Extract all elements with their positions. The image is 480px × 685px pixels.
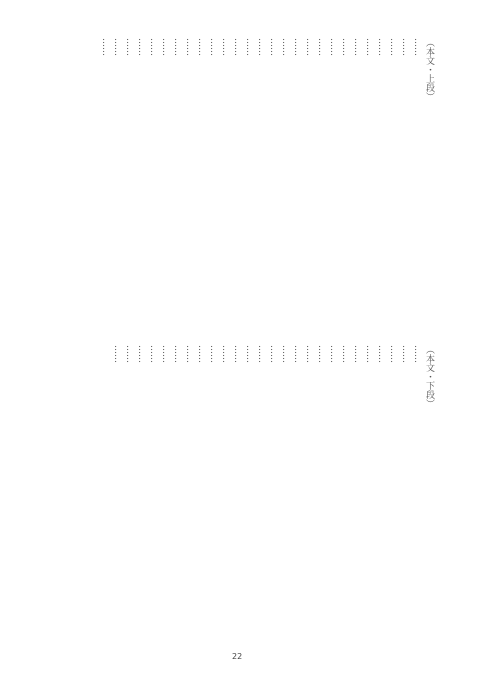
text-column: …… xyxy=(111,345,123,615)
text-column: （本文・下段） xyxy=(423,345,435,615)
text-block-bottom: （本文・下段）………………………………………………………………………………………… xyxy=(55,345,435,615)
text-column: …… xyxy=(123,345,135,615)
text-column: …… xyxy=(351,38,363,323)
text-column: …… xyxy=(363,38,375,323)
text-column: …… xyxy=(267,345,279,615)
text-column: …… xyxy=(387,38,399,323)
text-column: …… xyxy=(147,345,159,615)
text-column: …… xyxy=(339,38,351,323)
text-column: …… xyxy=(267,38,279,323)
text-column: …… xyxy=(147,38,159,323)
text-column: …… xyxy=(255,345,267,615)
text-column: …… xyxy=(231,345,243,615)
text-column: …… xyxy=(315,345,327,615)
text-column: …… xyxy=(315,38,327,323)
text-column: …… xyxy=(375,345,387,615)
text-column: …… xyxy=(219,38,231,323)
page-number: 22 xyxy=(232,652,242,661)
text-column: （本文・上段） xyxy=(423,38,435,323)
text-column: …… xyxy=(363,345,375,615)
text-column: …… xyxy=(171,38,183,323)
text-column: …… xyxy=(279,38,291,323)
text-column: …… xyxy=(123,38,135,323)
text-column: …… xyxy=(195,38,207,323)
text-column: …… xyxy=(183,345,195,615)
text-column: …… xyxy=(291,38,303,323)
text-column: …… xyxy=(399,38,411,323)
text-column: …… xyxy=(159,345,171,615)
text-column: …… xyxy=(351,345,363,615)
text-column: …… xyxy=(171,345,183,615)
text-column: …… xyxy=(411,38,423,323)
text-column: …… xyxy=(279,345,291,615)
text-block-top: （本文・上段）………………………………………………………………………………………… xyxy=(55,38,435,323)
text-column: …… xyxy=(255,38,267,323)
text-column: …… xyxy=(243,345,255,615)
text-column: …… xyxy=(207,38,219,323)
text-column: …… xyxy=(195,345,207,615)
text-column: …… xyxy=(411,345,423,615)
text-column: …… xyxy=(303,38,315,323)
text-column: …… xyxy=(339,345,351,615)
text-column: …… xyxy=(135,38,147,323)
text-column: …… xyxy=(399,345,411,615)
text-column: …… xyxy=(159,38,171,323)
text-column: …… xyxy=(219,345,231,615)
text-column: …… xyxy=(387,345,399,615)
text-column: …… xyxy=(327,345,339,615)
text-column: …… xyxy=(99,38,111,323)
text-column: …… xyxy=(111,38,123,323)
text-column: …… xyxy=(291,345,303,615)
text-column: …… xyxy=(303,345,315,615)
text-column: …… xyxy=(183,38,195,323)
text-column: …… xyxy=(243,38,255,323)
text-column: …… xyxy=(135,345,147,615)
text-column: …… xyxy=(375,38,387,323)
text-column: …… xyxy=(207,345,219,615)
text-column: …… xyxy=(231,38,243,323)
text-column: …… xyxy=(327,38,339,323)
